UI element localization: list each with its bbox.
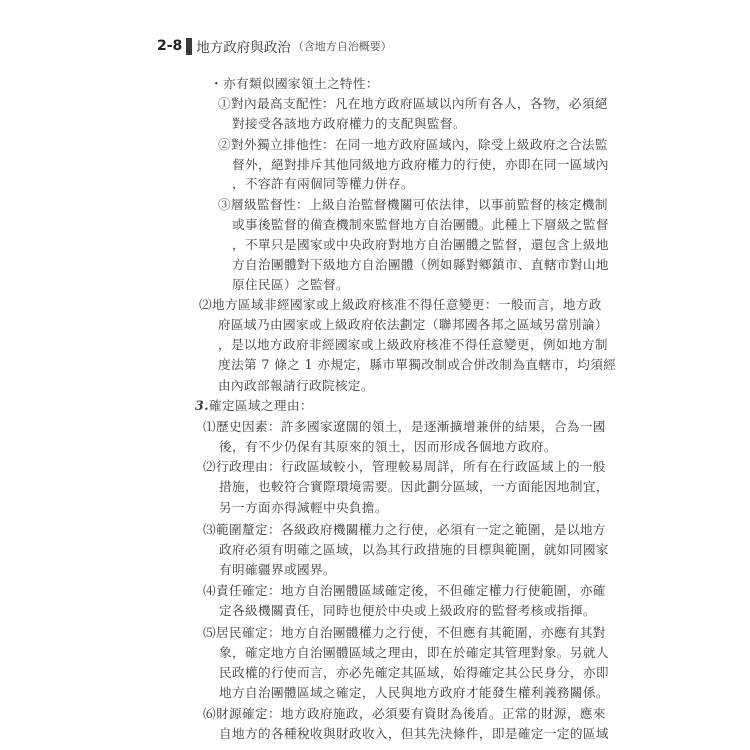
text-line: ，不容許有兩個同等權力併存。	[232, 174, 414, 194]
text-line: 措施，也較符合實際環境需要。因此劃分區域，一方面能因地制宜，	[219, 477, 609, 497]
text-line: ⑵地方區域非經國家或上級政府核准不得任意變更：一般而言，地方政	[199, 295, 602, 315]
text-line: 督外，絕對排斥其他同級地方政府權力的行使，亦即在同一區域內	[232, 155, 609, 175]
header-bar-divider	[186, 38, 192, 55]
text-line: 對接受各該地方政府權力的支配與監督。	[232, 114, 466, 134]
text-line: 另一方面亦得減輕中央負擔。	[219, 498, 388, 518]
text-line: 由內政部報請行政院核定。	[218, 376, 374, 396]
text-line: ⑹財源確定：地方政府施政，必須要有資財為後盾。正常的財源，應來	[203, 704, 606, 724]
text-line: 政府必須有明確之區域，以為其行政措施的目標與範圍，就如同國家	[219, 540, 609, 560]
text-line: 方自治團體對下級地方自治團體（例如縣對鄉鎮市、直轄市對山地	[232, 255, 609, 275]
text-line: ，不單只是國家或中央政府對地方自治團體之監督，還包含上級地	[232, 235, 609, 255]
chapter-subtitle: （含地方自治概要）	[293, 38, 392, 54]
text-line: 或事後監督的備查機制來監督地方自治團體。此種上下層級之監督	[232, 215, 609, 235]
text-line: 自地方的各種稅收與財政收入，但其先決條件，即是確定一定的區域	[219, 724, 609, 744]
text-line: 有明確疆界或國界。	[219, 560, 336, 580]
text-line: 地方自治團體區域之確定，人民與地方政府才能發生權利義務關係。	[219, 683, 609, 703]
text-line: ③層級監督性：上級自治監督機關可依法律，以事前監督的核定機制	[218, 195, 608, 215]
chapter-title: 地方政府與政治	[196, 36, 291, 56]
text-line: ⑸居民確定：地方自治團體權力之行使，不但應有其範圍，亦應有其對	[203, 623, 606, 643]
text-line: ・亦有類似國家領土之特性：	[210, 74, 379, 94]
text-line: 3.確定區域之理由：	[195, 396, 313, 416]
text-line: 象，確定地方自治團體區域之理由，即在於確定其管理對象。另就人	[219, 643, 609, 663]
text-line: ⑷責任確定：地方自治團體區域確定後，不但確定權力行使範圍，亦確	[203, 581, 606, 601]
text-line: ⑵行政理由：行政區域較小，管理較易周詳，所有在行政區域上的一般	[203, 457, 606, 477]
running-header: 2-8 地方政府與政治 （含地方自治概要）	[157, 36, 392, 56]
text-line: ②對外獨立排他性：在同一地方政府區域內，除受上級政府之合法監	[218, 135, 608, 155]
text-line: 民政權的行使而言，亦必先確定其區域，始得確定其公民身分，亦即	[219, 663, 609, 683]
text-line: 後，有不少仍保有其原來的領土，因而形成各個地方政府。	[219, 437, 557, 457]
text-line: 府區域乃由國家或上級政府依法劃定（聯邦國各邦之區域另當別論）	[218, 315, 608, 335]
text-line: 原住民區）之監督。	[232, 275, 349, 295]
text-line: ⑶範圍釐定：各級政府機關權力之行使，必須有一定之範圍，是以地方	[203, 520, 606, 540]
page-number: 2-8	[157, 38, 182, 54]
text-line: ①對內最高支配性：凡在地方政府區域以內所有各人，各物，必須絕	[218, 94, 608, 114]
text-line: ⑴歷史因素：許多國家遼闊的領土，是逐漸擴增兼併的結果，合為一國	[203, 417, 606, 437]
text-line: 定各級機關責任，同時也便於中央或上級政府的監督考核或指揮。	[219, 601, 596, 621]
text-line: 度法第 7 條之 1 亦規定，縣市單獨改制或合併改制為直轄市，均須經	[218, 355, 616, 375]
text-line: ，是以地方政府非經國家或上級政府核准不得任意變更，例如地方制	[218, 335, 608, 355]
